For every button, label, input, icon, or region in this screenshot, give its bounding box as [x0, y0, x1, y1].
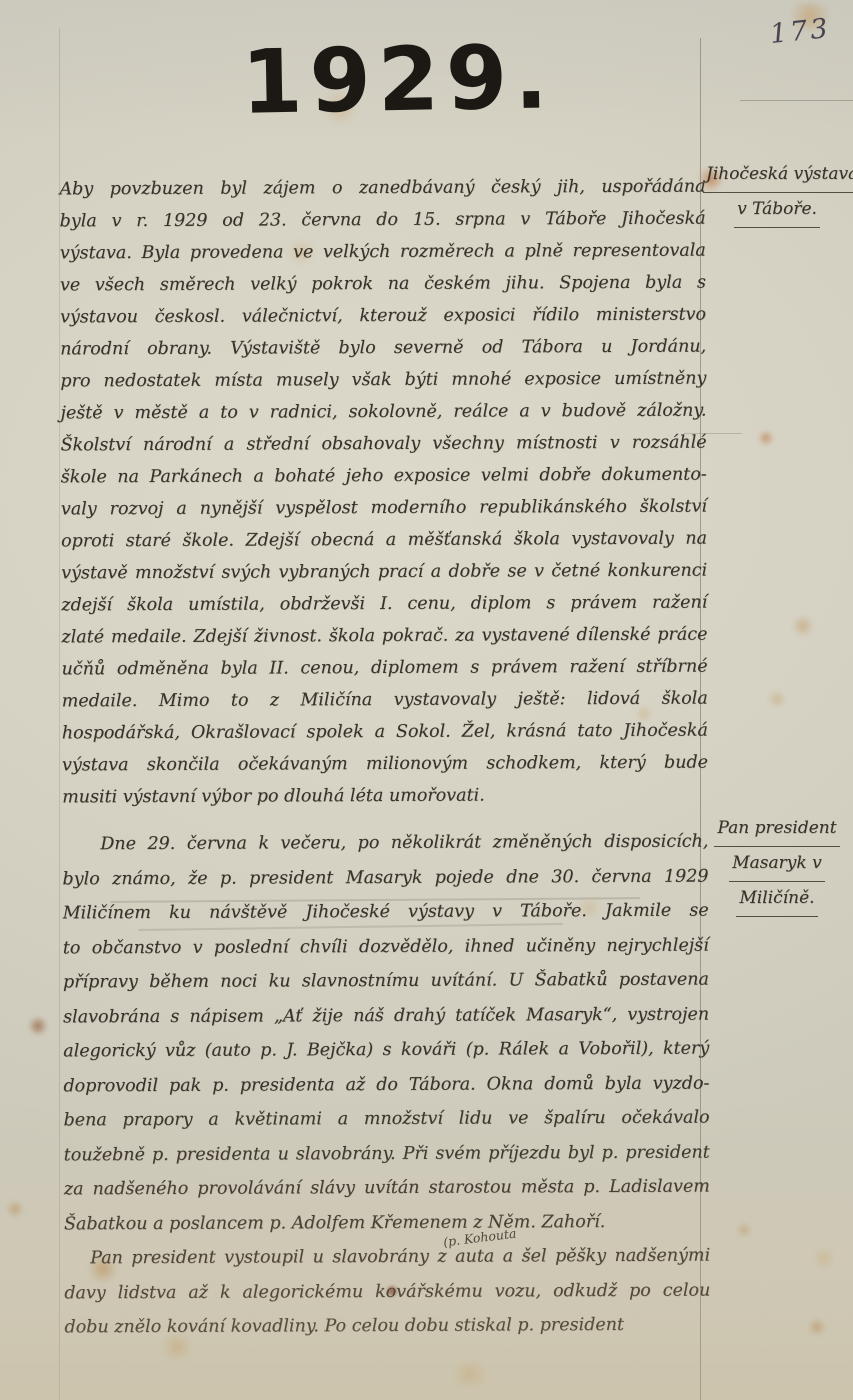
text-line: davy lidstva až k alegorickému kovářském…	[64, 1273, 710, 1310]
text-line: Šabatkou a poslancem p. Adolfem Křemenem…	[64, 1204, 710, 1241]
text-line: zdejší škola umístila, obdrževši I. cenu…	[61, 587, 707, 622]
text-line: výstava. Byla provedena ve velkých rozmě…	[60, 235, 706, 270]
text-line: Dne 29. června k večeru, po několikrát z…	[62, 825, 708, 862]
text-line: za nadšeného provolávání slávy uvítán st…	[64, 1170, 710, 1207]
stain	[736, 1222, 752, 1238]
stain	[812, 1248, 836, 1268]
paragraph-president-visit: Dne 29. června k večeru, po několikrát z…	[62, 825, 710, 1242]
margin-note-line: Miličíně.	[736, 882, 817, 917]
body-text: Aby povzbuzen byl zájem o zanedbávaný če…	[59, 171, 710, 1345]
text-line: Aby povzbuzen byl zájem o zanedbávaný če…	[59, 171, 705, 206]
margin-note-line: Masaryk v	[729, 847, 824, 882]
margin-note-line: Pan president	[714, 812, 839, 847]
text-line: medaile. Mimo to z Miličína vystavovaly …	[62, 683, 708, 718]
text-line: dobu znělo kování kovadliny. Po celou do…	[64, 1308, 710, 1345]
text-line: slavobrána s nápisem „Ať žije náš drahý …	[63, 997, 709, 1034]
text-line: bylo známo, že p. president Masaryk poje…	[62, 859, 708, 896]
text-line: přípravy během noci ku slavnostnímu uvít…	[63, 963, 709, 1000]
margin-note-president: Pan president Masaryk v Miličíně.	[703, 812, 851, 917]
text-line: pro nedostatek místa musely však býti mn…	[60, 363, 706, 398]
text-line: alegorický vůz (auto p. J. Bejčka) s kov…	[63, 1032, 709, 1069]
paragraph-arrival: Pan president vystoupil u slavobrány z a…	[64, 1239, 710, 1345]
stain	[448, 1362, 492, 1386]
manuscript-page: 173 1929. Jihočeská výstava v Táboře. Pa…	[0, 0, 853, 1400]
text-line: byla v r. 1929 od 23. června do 15. srpn…	[60, 203, 706, 238]
stain	[768, 690, 786, 708]
year-heading: 1929.	[237, 25, 559, 134]
margin-note-exhibition: Jihočeská výstava v Táboře.	[703, 158, 851, 228]
text-line: bena prapory a květinami a množství lidu…	[64, 1101, 710, 1138]
stain	[792, 615, 814, 637]
text-line: ve všech směrech velký pokrok na českém …	[60, 267, 706, 302]
text-line: hospodářská, Okrašlovací spolek a Sokol.…	[62, 715, 708, 750]
text-line: doprovodil pak p. presidenta až do Tábor…	[63, 1066, 709, 1103]
paragraph-exhibition: Aby povzbuzen byl zájem o zanedbávaný če…	[59, 171, 708, 814]
text-line: oproti staré škole. Zdejší obecná a měšť…	[61, 523, 707, 558]
text-line: výstavou českosl. válečnictví, kterouž e…	[60, 299, 706, 334]
page-number: 173	[769, 13, 832, 50]
text-line: musiti výstavní výbor po dlouhá léta umo…	[62, 779, 708, 814]
text-line: škole na Parkánech a bohaté jeho exposic…	[61, 459, 707, 494]
text-line: Miličínem ku návštěvě Jihočeské výstavy …	[63, 894, 709, 931]
text-line: to občanstvo v poslední chvíli dozvědělo…	[63, 928, 709, 965]
text-line: výstavě množství svých vybraných prací a…	[61, 555, 707, 590]
margin-note-line: v Táboře.	[734, 193, 820, 228]
stain	[758, 430, 774, 446]
text-line: zlaté medaile. Zdejší živnost. škola pok…	[61, 619, 707, 654]
text-line: Školství národní a střední obsahovaly vš…	[61, 427, 707, 462]
stain	[808, 1318, 826, 1336]
text-line: národní obrany. Výstaviště bylo severně …	[60, 331, 706, 366]
stain	[28, 1016, 48, 1036]
text-line: výstava skončila očekávaným milionovým s…	[62, 747, 708, 782]
stain	[6, 1200, 24, 1218]
text-line: učňů odměněna byla II. cenou, diplomem s…	[62, 651, 708, 686]
text-line: toužebně p. presidenta u slavobrány. Při…	[64, 1135, 710, 1172]
header-rule-right	[740, 100, 853, 101]
margin-note-line: Jihočeská výstava	[703, 158, 853, 193]
text-line: Pan president vystoupil u slavobrány z a…	[64, 1239, 710, 1276]
text-line: valy rozvoj a nynější vyspělost moderníh…	[61, 491, 707, 526]
text-line: ještě v městě a to v radnici, sokolovně,…	[60, 395, 706, 430]
